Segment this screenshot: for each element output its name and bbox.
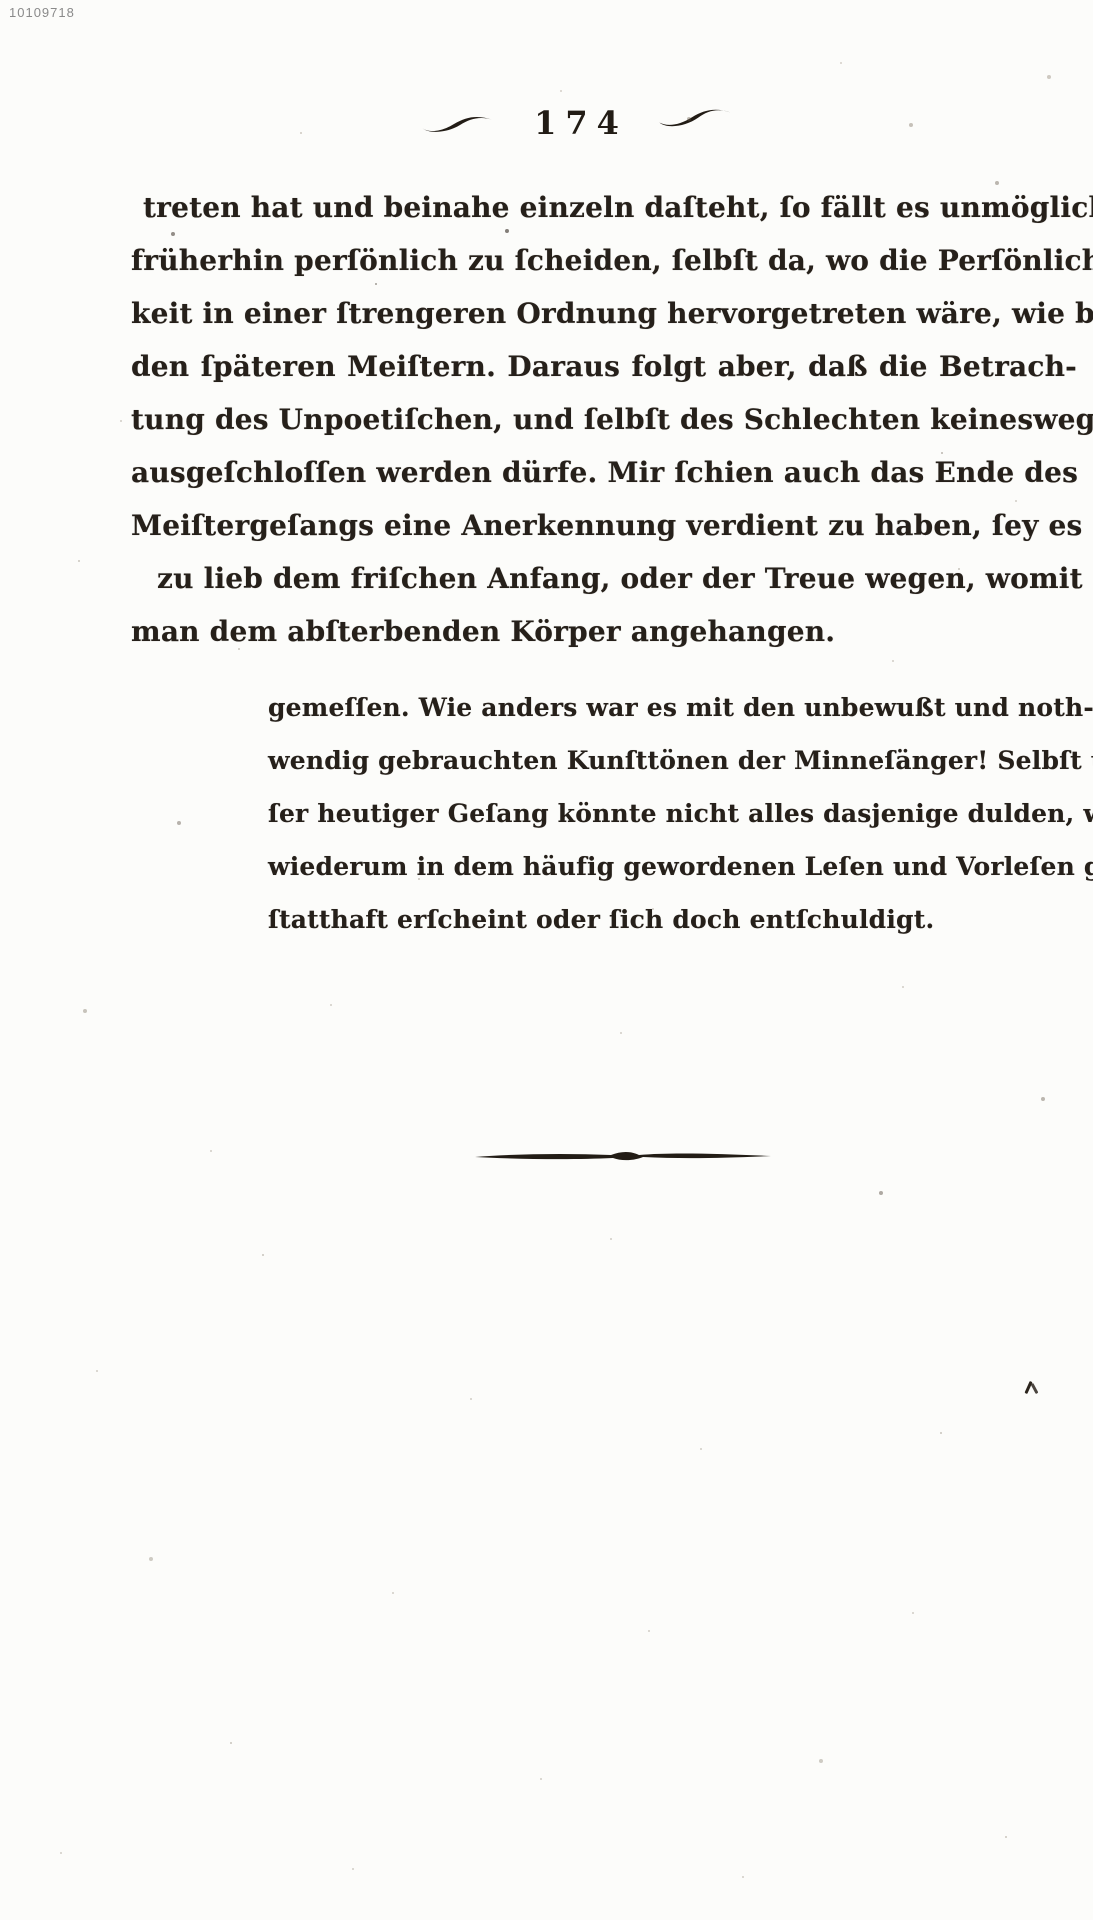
left-swash-ornament-icon (421, 112, 495, 134)
page-header: 174 (30, 98, 1093, 148)
footnote-line: gemeſſen. Wie anders war es mit den unbe… (268, 681, 1064, 734)
footnote-paragraph: gemeſſen. Wie anders war es mit den unbe… (268, 681, 1064, 946)
scan-noise-speckles (0, 0, 2, 2)
body-line: ausgeſchloſſen werden dürfe. Mir ſchien … (131, 446, 1077, 499)
footnote-line: ſtatthaft erſcheint oder ſich doch entſc… (268, 893, 1064, 946)
body-line: treten hat und beinahe einzeln daſteht, … (131, 181, 1077, 234)
body-line: den ſpäteren Meiſtern. Daraus folgt aber… (131, 340, 1077, 393)
section-divider-rule (473, 1148, 773, 1164)
body-line: man dem abſterbenden Körper angehangen. (131, 605, 1077, 658)
body-line: keit in einer ſtrengeren Ordnung hervorg… (131, 287, 1077, 340)
body-line: zu lieb dem friſchen Anfang, oder der Tr… (131, 552, 1077, 605)
scanned-book-page: 10109718 174 treten hat und beinahe einz… (0, 0, 1093, 1920)
scan-artifact-mark (1022, 1380, 1040, 1396)
footnote-line: wendig gebrauchten Kunſttönen der Minneſ… (268, 734, 1064, 787)
body-paragraph: treten hat und beinahe einzeln daſteht, … (131, 181, 1077, 658)
body-line: Meiſtergeſangs eine Anerkennung verdient… (131, 499, 1077, 552)
scan-id-number: 10109718 (9, 5, 75, 20)
body-line: tung des Unpoetiſchen, und ſelbſt des Sc… (131, 393, 1077, 446)
footnote-line: wiederum in dem häufig gewordenen Leſen … (268, 840, 1064, 893)
right-swash-ornament-icon (657, 103, 732, 130)
footnote-line: ſer heutiger Geſang könnte nicht alles d… (268, 787, 1064, 840)
body-line: früherhin perſönlich zu ſcheiden, ſelbſt… (131, 234, 1077, 287)
page-number: 174 (525, 104, 628, 142)
